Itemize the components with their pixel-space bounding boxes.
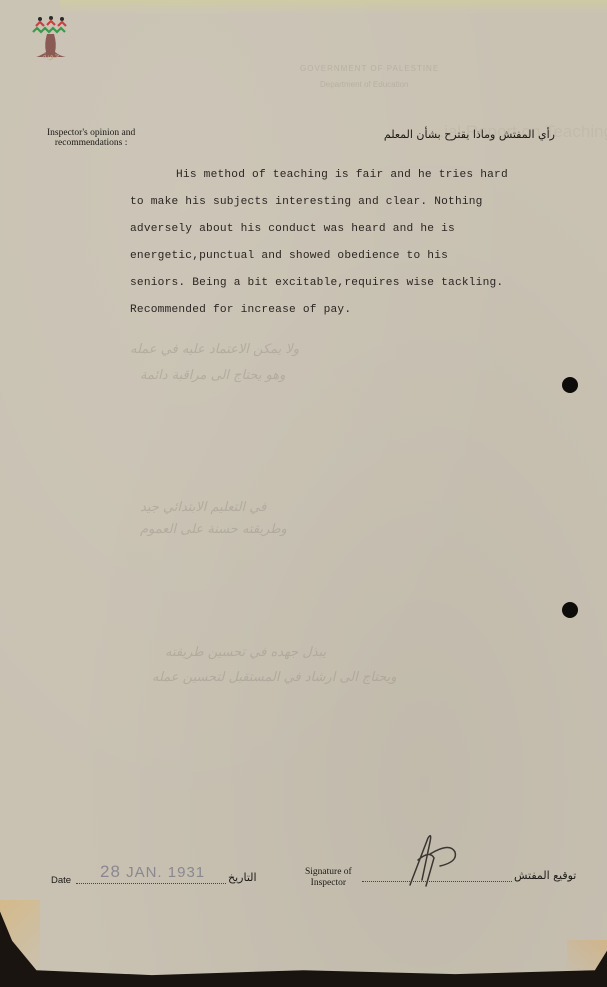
punch-hole [562, 377, 578, 393]
typed-line: to make his subjects interesting and cle… [130, 189, 530, 216]
archive-logo-tree-icon [30, 16, 72, 76]
typed-line: His method of teaching is fair and he tr… [130, 162, 530, 189]
ghost-handwriting: يبذل جهده في تحسين طريقته [165, 645, 326, 660]
signature-label-ar: توقيع المفتش [514, 869, 576, 882]
date-stamp: 28 JAN. 1931 [100, 862, 205, 882]
document-page: حوية GOVERNMENT OF PALESTINE Department … [0, 0, 607, 980]
logo-caption: حوية [35, 50, 67, 61]
typed-inspector-opinion: His method of teaching is fair and he tr… [130, 162, 530, 324]
typed-line: energetic,punctual and showed obedience … [130, 243, 530, 270]
signature-label: Signature of Inspector [305, 867, 352, 889]
age-stain-bottom-right [567, 940, 607, 980]
date-stamp-month-year: JAN. 1931 [126, 864, 205, 881]
signature-label-line2: Inspector [305, 878, 352, 889]
age-stain-top [60, 0, 607, 14]
date-stamp-day: 28 [100, 862, 121, 881]
ghost-handwriting: ويحتاج الى ارشاد في المستقبل لتحسين عمله [152, 670, 397, 685]
signature-label-line1: Signature of [305, 867, 352, 878]
date-dotted-line [76, 883, 226, 884]
letterhead-government-bleed: GOVERNMENT OF PALESTINE [300, 64, 439, 73]
typed-line: seniors. Being a bit excitable,requires … [130, 270, 530, 297]
ghost-handwriting: في التعليم الابتدائي جيد [140, 500, 266, 515]
letterhead-department-bleed: Department of Education [320, 80, 409, 89]
section-label-en-line1: Inspector's opinion and [47, 128, 135, 138]
ghost-handwriting: وطريقته حسنة على العموم [140, 522, 287, 537]
inspector-signature-icon [400, 830, 470, 890]
punch-hole [562, 602, 578, 618]
section-label-en-line2: recommendations : [47, 138, 135, 148]
ghost-handwriting: وهو يحتاج الى مراقبة دائمة [140, 368, 285, 383]
typed-line: Recommended for increase of pay. [130, 297, 530, 324]
age-stain-bottom-left [0, 900, 40, 980]
section-label-ar: رأي المفتش وماذا يقترح بشأن المعلم [384, 128, 555, 141]
date-label: Date [51, 875, 71, 886]
section-label-en: Inspector's opinion and recommendations … [47, 128, 135, 148]
ghost-handwriting: ولا يمكن الاعتماد عليه في عمله [130, 342, 299, 357]
date-label-ar: التاريخ [228, 871, 257, 884]
typed-line: adversely about his conduct was heard an… [130, 216, 530, 243]
